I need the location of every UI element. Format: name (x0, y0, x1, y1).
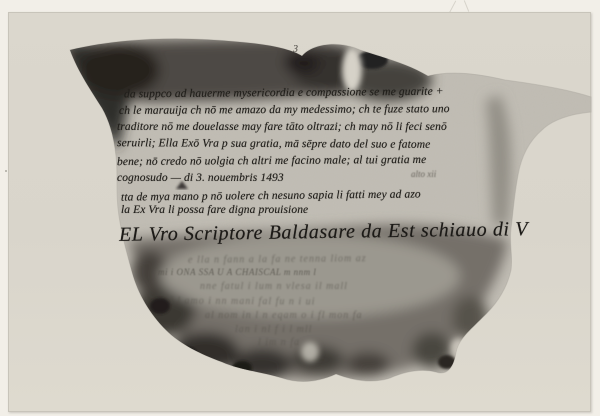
torn-gap (107, 174, 117, 226)
showthrough-line: i l amo i nn mani fal fu n i ui (170, 296, 316, 307)
folio-number: 3 (293, 44, 298, 55)
stain-blob (171, 332, 239, 372)
dark-spot (438, 355, 456, 369)
letter-line: bene; nō credo nō uolgia ch altri me fac… (117, 155, 426, 169)
showthrough-line: mi i ONA SSA U A CHAISCAL m nnm l (158, 268, 316, 277)
postscript-line: la Ex Vra li possa fare digna prouisione (121, 205, 308, 217)
showthrough-line: al nom in l n eqam o i fl mon fa (205, 311, 363, 321)
torn-gap (301, 342, 319, 362)
signature-line: EL Vro Scriptore Baldasare da Est schiau… (119, 219, 528, 245)
dark-spot (174, 347, 198, 365)
letter-line: ch le marauija ch nō me amazo da my mede… (119, 104, 450, 117)
dark-spot (232, 361, 252, 375)
letter-line: seruirli; Ella Exō Vra p sua gratia, mā … (117, 138, 430, 151)
showthrough-line: l im n fa (258, 338, 300, 348)
stain-blob (346, 352, 390, 376)
archival-photo-scan: 3 alto xii da suppco ad hauerme myserico… (0, 0, 600, 416)
marginal-note: alto xii (411, 169, 436, 179)
letter-line: traditore nō me douelasse may fare tāto … (117, 122, 447, 134)
showthrough-line: e lla n fann a la fa ne tenna liom az (188, 254, 367, 266)
dark-spot (150, 298, 170, 314)
letter-date-line: cognosudo — di 3. nouembris 1493 (117, 173, 284, 185)
showthrough-line: lan i nl f i l mll (235, 325, 312, 335)
showthrough-line: nne fatul i lum n vlesa il mall (200, 282, 348, 292)
torn-gap (451, 339, 465, 357)
stain-blob (284, 50, 320, 74)
